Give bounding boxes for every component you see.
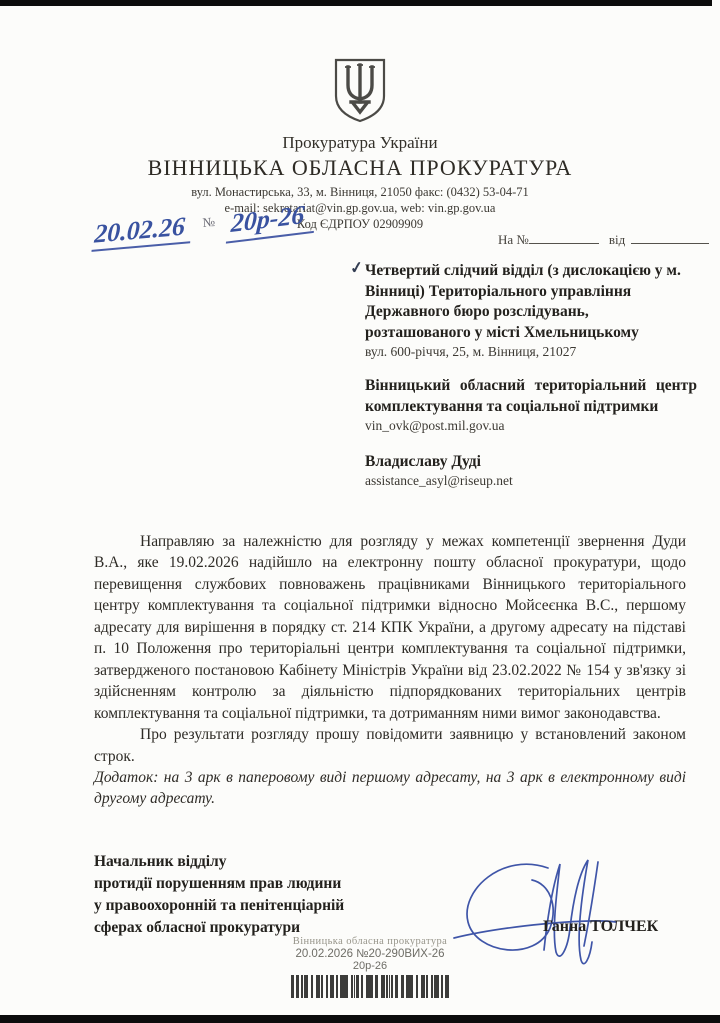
scan-artifact-top-bar	[0, 0, 712, 6]
signer-name: Ганна ТОЛЧЕК	[543, 918, 658, 936]
recipients-block: Четвертий слідчий відділ (з дислокацією …	[365, 261, 697, 490]
reply-na-label: На №	[498, 232, 529, 247]
recipient-2-email: vin_ovk@post.mil.gov.ua	[365, 417, 697, 435]
stamp-index-line: 20р-26	[240, 960, 500, 972]
stamp-org-line: Вінницька обласна прокуратура	[240, 936, 500, 947]
document-barcode	[291, 975, 449, 998]
stamp-number-line: 20.02.2026 №20-290ВИХ-26	[240, 948, 500, 960]
signer-position-line: Начальник відділу	[94, 851, 344, 873]
reply-vid-label: від	[609, 232, 625, 247]
recipient-3-email: assistance_asyl@riseup.net	[365, 472, 697, 490]
reply-reference-line: На №від	[498, 230, 709, 248]
letterhead: Прокуратура України ВІННИЦЬКА ОБЛАСНА ПР…	[0, 58, 720, 232]
ukraine-trident-emblem-icon	[332, 58, 388, 129]
body-paragraph-2: Про результати розгляду прошу повідомити…	[94, 724, 686, 767]
recipient-2-name: Вінницький обласний територіальний центр…	[365, 376, 697, 417]
scan-artifact-bottom-bar	[0, 1015, 720, 1023]
registration-stamp: Вінницька обласна прокуратура 20.02.2026…	[240, 936, 500, 998]
body-paragraph-1: Направляю за належністю для розгляду у м…	[94, 531, 686, 724]
letterhead-email-web: e-mail: sekretariat@vin.gp.gov.ua, web: …	[0, 200, 720, 216]
recipient-3-name: Владиславу Дуді	[365, 452, 697, 473]
check-mark-icon: ✓	[349, 257, 365, 279]
scanned-letter-page: Прокуратура України ВІННИЦЬКА ОБЛАСНА ПР…	[0, 0, 720, 1023]
letterhead-address: вул. Монастирська, 33, м. Вінниця, 21050…	[0, 184, 720, 200]
signer-position-line: у правоохоронній та пенітенціарній	[94, 895, 344, 917]
letterhead-country: Прокуратура України	[0, 133, 720, 153]
signer-position-block: Начальник відділу протидії порушенням пр…	[94, 851, 344, 940]
letterhead-org-name: ВІННИЦЬКА ОБЛАСНА ПРОКУРАТУРА	[0, 155, 720, 181]
attachment-note: Додаток: на 3 арк в паперовому виді перш…	[94, 767, 686, 810]
number-sign-label: №	[202, 214, 216, 230]
recipient-1-name: Четвертий слідчий відділ (з дислокацією …	[365, 261, 697, 343]
reply-number-blank	[529, 230, 599, 244]
recipient-1-address: вул. 600-річчя, 25, м. Вінниця, 21027	[365, 343, 697, 361]
reply-date-blank	[631, 230, 709, 244]
signer-position-line: протидії порушенням прав людини	[94, 873, 344, 895]
letter-body: Направляю за належністю для розгляду у м…	[94, 531, 686, 810]
